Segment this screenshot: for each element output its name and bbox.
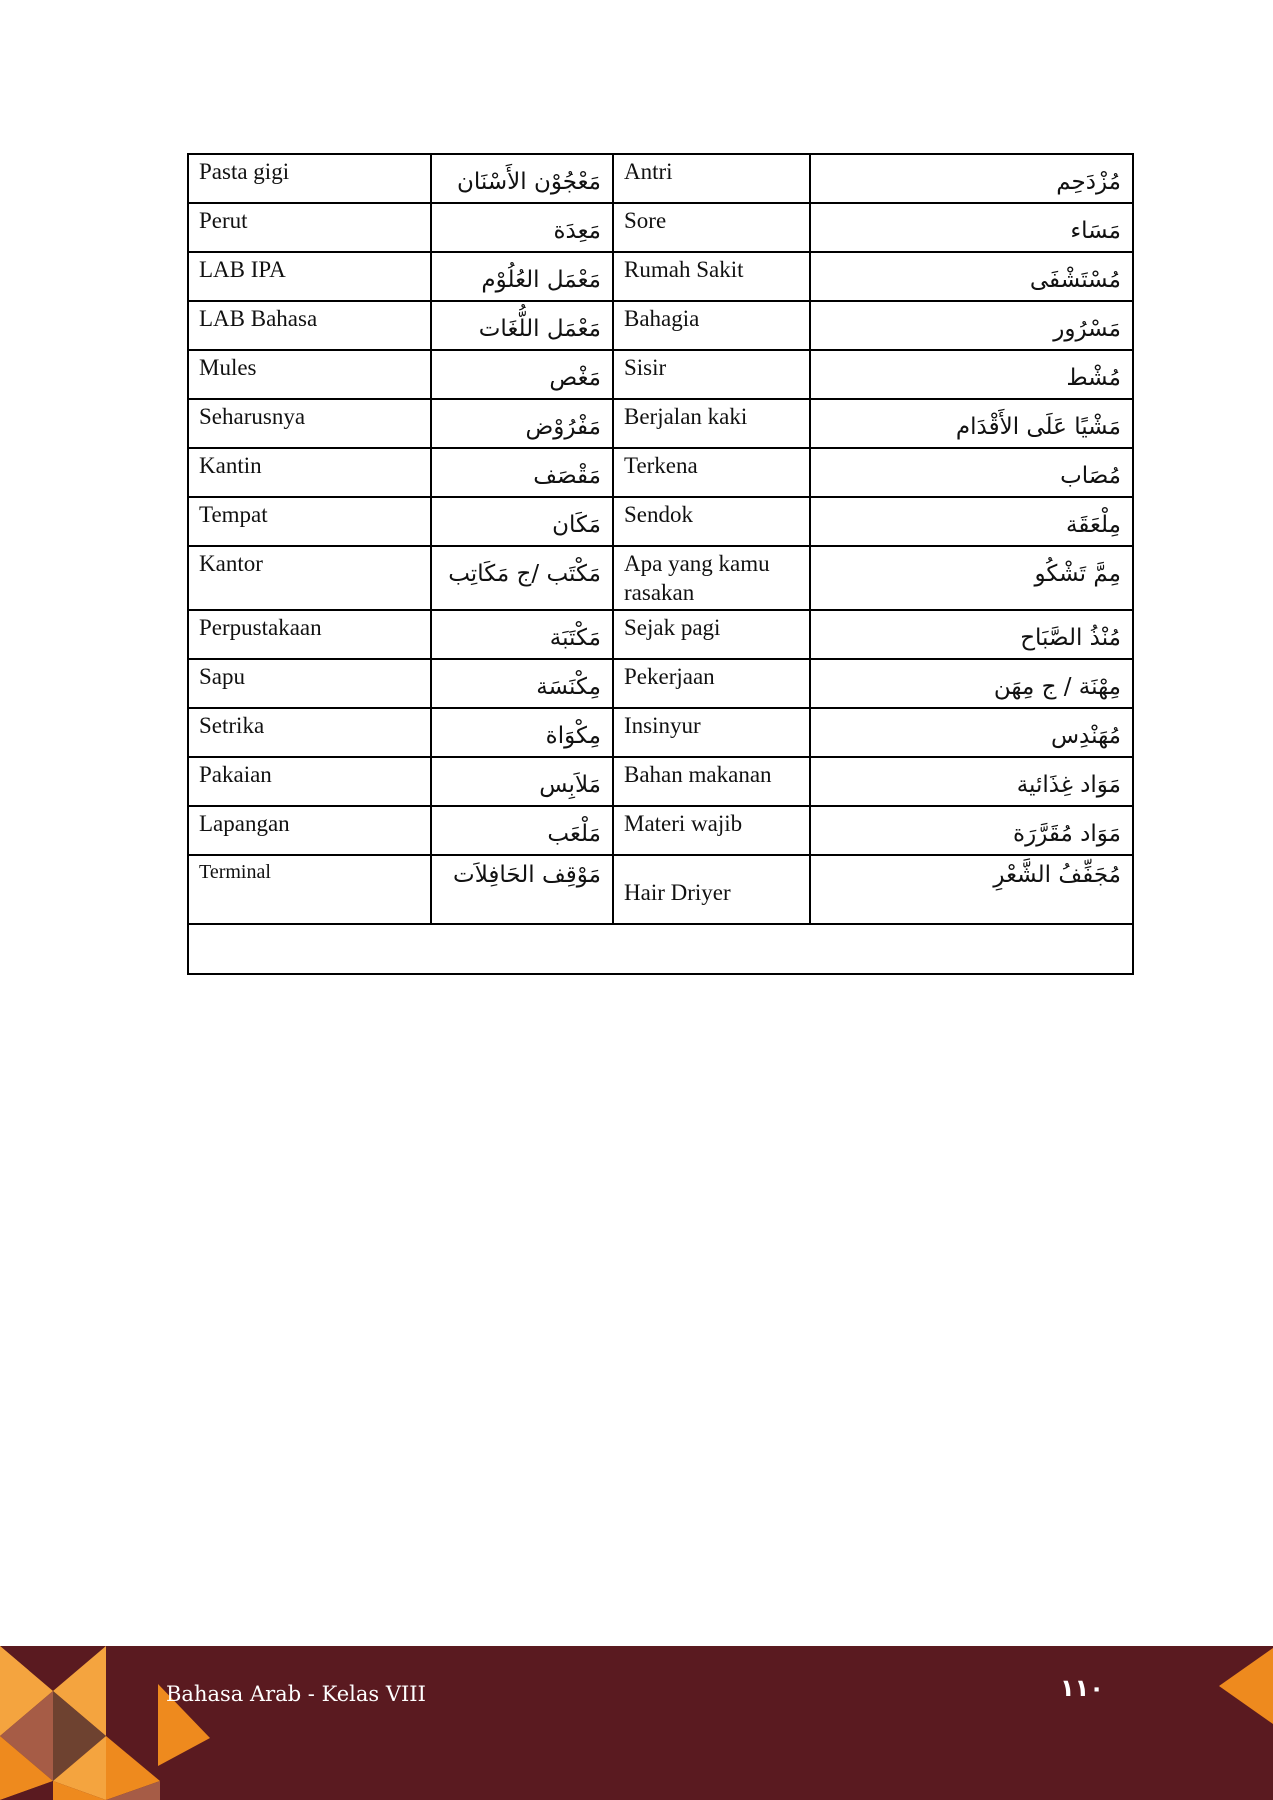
table-row: Perut مَعِدَة Sore مَسَاء [188,203,1133,252]
arabic-word: مُشْط [810,350,1133,399]
indonesian-word: Kantor [188,546,431,610]
arabic-word: مَوَاد غِذَائية [810,757,1133,806]
indonesian-word: Terkena [613,448,810,497]
arabic-word: مَقْصَف [431,448,613,497]
page-number: ١١٠ [1060,1674,1104,1702]
indonesian-word: Perut [188,203,431,252]
arabic-word: مَعِدَة [431,203,613,252]
table-row: Terminal مَوْقِف الحَافِلاَت Hair Driyer… [188,855,1133,924]
indonesian-word: Apa yang kamu rasakan [613,546,810,610]
indonesian-word: Materi wajib [613,806,810,855]
table-row: LAB IPA مَعْمَل العُلُوْم Rumah Sakit مُ… [188,252,1133,301]
indonesian-word: LAB IPA [188,252,431,301]
arabic-word: مُزْدَحِم [810,154,1133,203]
arabic-word: مُسْتَشْفَى [810,252,1133,301]
indonesian-word: Terminal [188,855,431,924]
arabic-word: مَعْجُوْن الأَسْنَان [431,154,613,203]
table-row: LAB Bahasa مَعْمَل اللُّغَات Bahagia مَس… [188,301,1133,350]
arabic-word: مِكْنَسَة [431,659,613,708]
empty-cell [188,924,1133,974]
table-row: Kantin مَقْصَف Terkena مُصَاب [188,448,1133,497]
book-title: Bahasa Arab - Kelas VIII [166,1682,426,1706]
arabic-word: مَكْتَبَة [431,610,613,659]
indonesian-word: Antri [613,154,810,203]
indonesian-word: Sejak pagi [613,610,810,659]
indonesian-word: Berjalan kaki [613,399,810,448]
arabic-word: مَفْرُوْض [431,399,613,448]
indonesian-word: Pasta gigi [188,154,431,203]
arabic-word: مُصَاب [810,448,1133,497]
arabic-word: مَكَان [431,497,613,546]
table-row: Pasta gigi مَعْجُوْن الأَسْنَان Antri مُ… [188,154,1133,203]
indonesian-word: Sisir [613,350,810,399]
table-row: Lapangan مَلْعَب Materi wajib مَوَاد مُق… [188,806,1133,855]
corner-triangle-icon [1219,1648,1273,1728]
arabic-word: مَعْمَل اللُّغَات [431,301,613,350]
table-row: Perpustakaan مَكْتَبَة Sejak pagi مُنْذُ… [188,610,1133,659]
indonesian-word: Tempat [188,497,431,546]
indonesian-word: Mules [188,350,431,399]
arabic-word: مَشْيًا عَلَى الأَقْدَام [810,399,1133,448]
table-row: Kantor مَكْتَب /ج مَكَاتِب Apa yang kamu… [188,546,1133,610]
geometric-pattern-icon [0,1646,215,1800]
indonesian-word: Seharusnya [188,399,431,448]
table-row: Pakaian مَلاَبِس Bahan makanan مَوَاد غِ… [188,757,1133,806]
indonesian-word: Perpustakaan [188,610,431,659]
table-row: Sapu مِكْنَسَة Pekerjaan مِهْنَة / ج مِه… [188,659,1133,708]
arabic-word: مَوَاد مُقَرَّرَة [810,806,1133,855]
table-row: Mules مَغْص Sisir مُشْط [188,350,1133,399]
indonesian-word: Sapu [188,659,431,708]
arabic-word: مَسْرُور [810,301,1133,350]
page-footer: Bahasa Arab - Kelas VIII ١١٠ [0,1646,1273,1800]
indonesian-word: Setrika [188,708,431,757]
indonesian-word: Pekerjaan [613,659,810,708]
indonesian-word: Sendok [613,497,810,546]
indonesian-word: Rumah Sakit [613,252,810,301]
indonesian-word: Bahagia [613,301,810,350]
arabic-word: مُهَنْدِس [810,708,1133,757]
indonesian-word: Sore [613,203,810,252]
arabic-word: مِلْعَقَة [810,497,1133,546]
indonesian-word: LAB Bahasa [188,301,431,350]
arabic-word: مِهْنَة / ج مِهَن [810,659,1133,708]
arabic-word: مَلْعَب [431,806,613,855]
arabic-word: مَغْص [431,350,613,399]
indonesian-word: Lapangan [188,806,431,855]
indonesian-word: Insinyur [613,708,810,757]
table-row: Seharusnya مَفْرُوْض Berjalan kaki مَشْي… [188,399,1133,448]
indonesian-word: Pakaian [188,757,431,806]
arabic-word: مَوْقِف الحَافِلاَت [431,855,613,924]
arabic-word: مُجَفِّفُ الشَّعْرِ [810,855,1133,924]
arabic-word: مَلاَبِس [431,757,613,806]
indonesian-word: Kantin [188,448,431,497]
arabic-word: مَعْمَل العُلُوْم [431,252,613,301]
indonesian-word: Hair Driyer [613,855,810,924]
vocabulary-table: Pasta gigi مَعْجُوْن الأَسْنَان Antri مُ… [187,153,1134,975]
arabic-word: مَكْتَب /ج مَكَاتِب [431,546,613,610]
indonesian-word: Bahan makanan [613,757,810,806]
table-row: Tempat مَكَان Sendok مِلْعَقَة [188,497,1133,546]
arabic-word: مَسَاء [810,203,1133,252]
table-row: Setrika مِكْوَاة Insinyur مُهَنْدِس [188,708,1133,757]
table-empty-row [188,924,1133,974]
arabic-word: مِكْوَاة [431,708,613,757]
arabic-word: مُنْذُ الصَّبَاح [810,610,1133,659]
arabic-word: مِمَّ تَشْكُو [810,546,1133,610]
